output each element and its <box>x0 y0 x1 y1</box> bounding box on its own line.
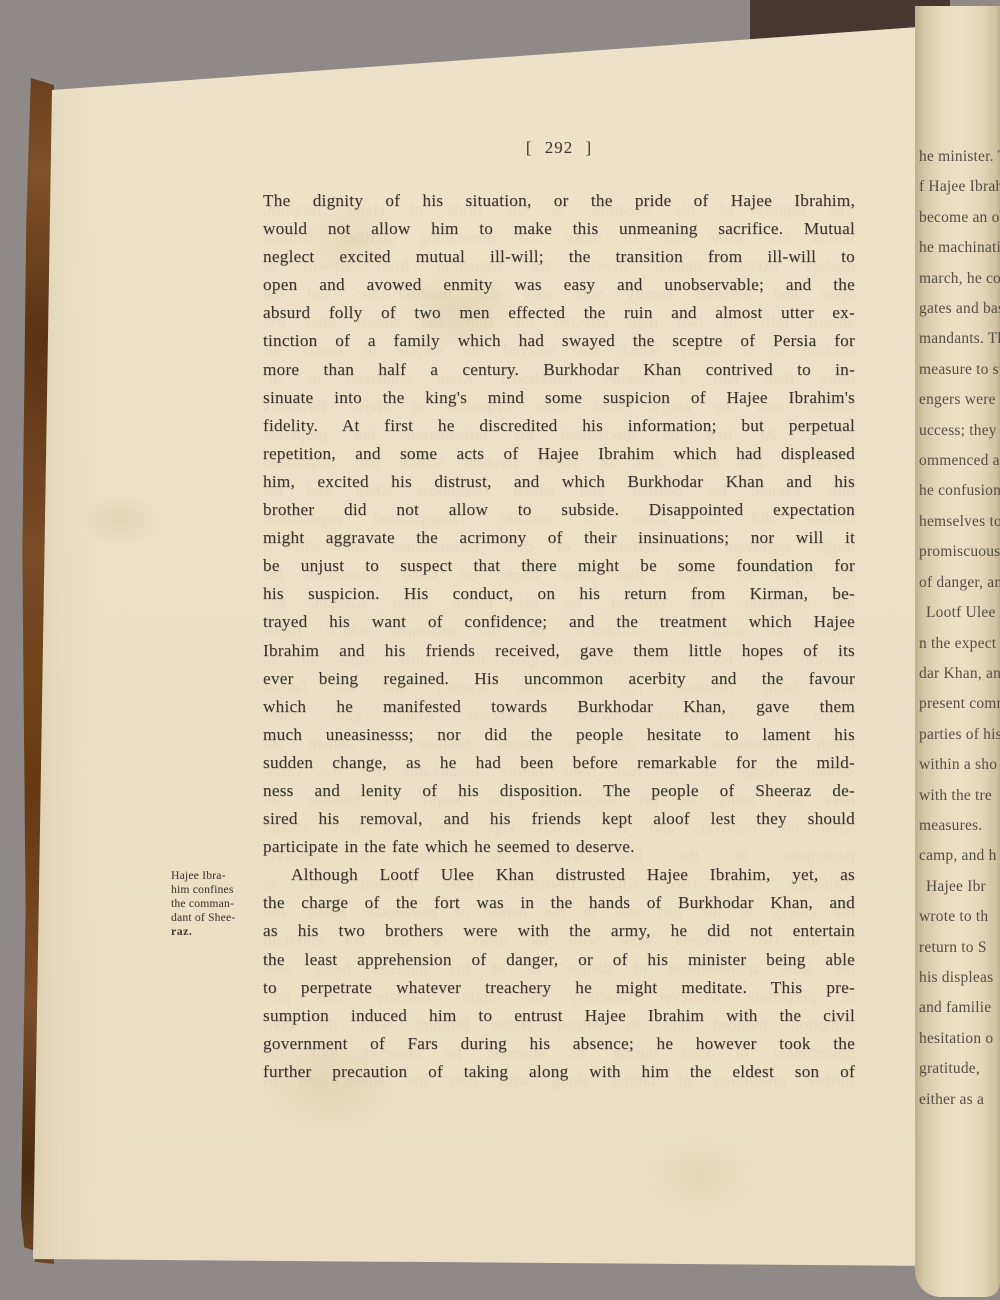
adjacent-page-text: he minister. Tf Hajee Ibrahbecome an obh… <box>919 142 1000 1115</box>
book-page: The dignity of his situation, or the pri… <box>0 0 1000 1300</box>
adjacent-page-edge: he minister. Tf Hajee Ibrahbecome an obh… <box>915 6 1000 1297</box>
scanned-book-photo: he minister. Tf Hajee Ibrahbecome an obh… <box>0 0 1000 1300</box>
margin-note: Hajee Ibra-him confinesthe comman-dant o… <box>171 869 267 939</box>
body-text: The dignity of his situation, or the pri… <box>263 187 855 1086</box>
bookmark-strip <box>806 0 898 27</box>
page-number-header: [ 292 ] <box>263 138 855 158</box>
